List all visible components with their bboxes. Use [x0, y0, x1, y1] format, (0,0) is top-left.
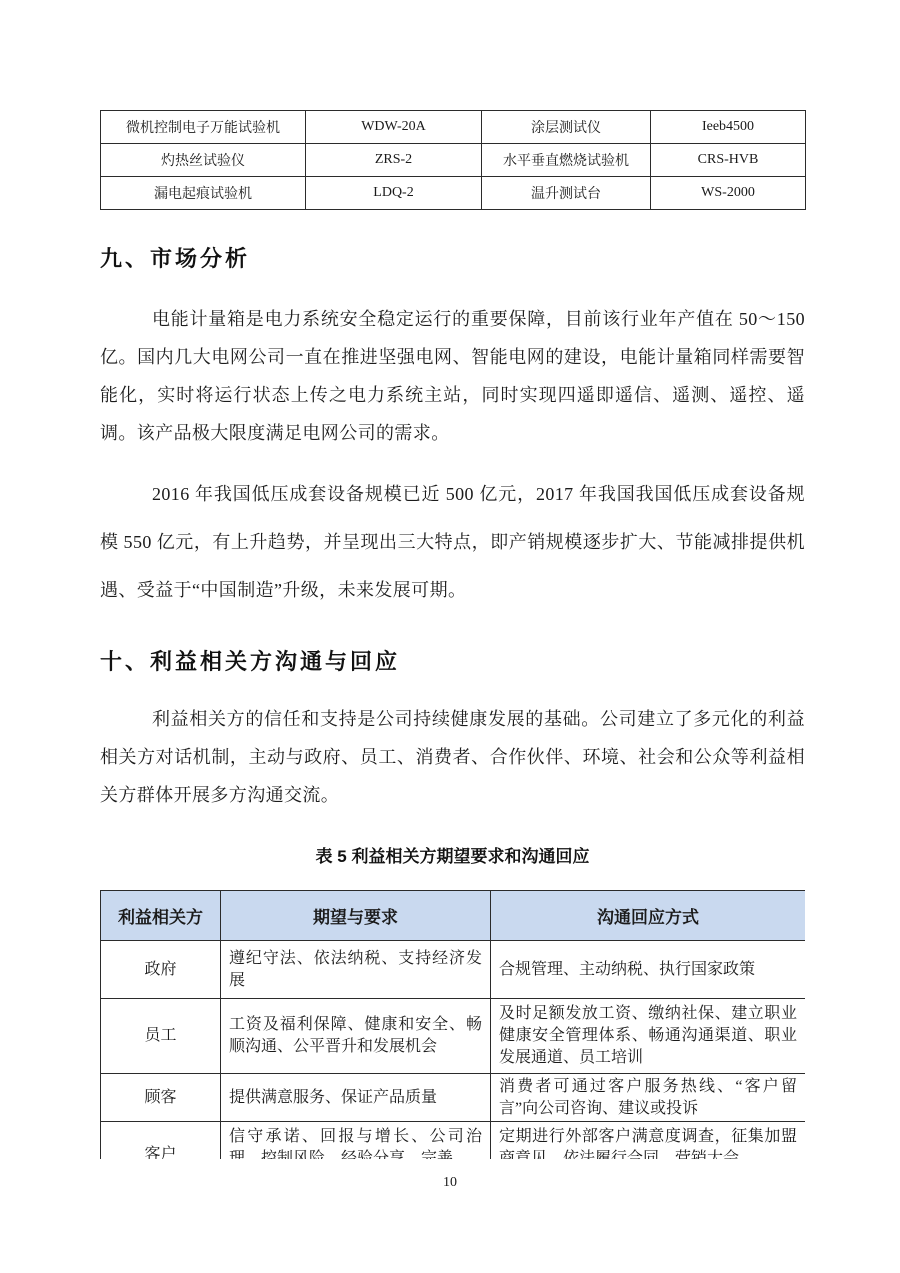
- stakeholder-table: 利益相关方 期望与要求 沟通回应方式 政府 遵纪守法、依法纳税、支持经济发展 合…: [100, 890, 805, 1159]
- section-10-heading: 十、利益相关方沟通与回应: [100, 645, 805, 676]
- response-cell: 合规管理、主动纳税、执行国家政策: [491, 941, 806, 999]
- column-header-expectation: 期望与要求: [221, 891, 491, 941]
- equipment-row: 漏电起痕试验机 LDQ-2 温升测试台 WS-2000: [101, 177, 806, 210]
- market-analysis-paragraph-2: 2016 年我国低压成套设备规模已近 500 亿元，2017 年我国我国低压成套…: [100, 470, 805, 614]
- equipment-model: CRS-HVB: [651, 144, 806, 177]
- column-header-stakeholder: 利益相关方: [101, 891, 221, 941]
- expectation-cell: 遵纪守法、依法纳税、支持经济发展: [221, 941, 491, 999]
- page-number: 10: [0, 1175, 900, 1191]
- equipment-model: ZRS-2: [306, 144, 482, 177]
- equipment-model: WS-2000: [651, 177, 806, 210]
- equipment-name: 温升测试台: [482, 177, 651, 210]
- table-row-government: 政府 遵纪守法、依法纳税、支持经济发展 合规管理、主动纳税、执行国家政策: [101, 941, 806, 999]
- stakeholder-table-clip: 利益相关方 期望与要求 沟通回应方式 政府 遵纪守法、依法纳税、支持经济发展 合…: [100, 890, 805, 1159]
- expectation-cell: 信守承诺、回报与增长、公司治理、控制风险、经验分享、完善: [221, 1122, 491, 1160]
- equipment-row: 微机控制电子万能试验机 WDW-20A 涂层测试仪 Ieeb4500: [101, 111, 806, 144]
- response-cell: 消费者可通过客户服务热线、“客户留言”向公司咨询、建议或投诉: [491, 1074, 806, 1122]
- stakeholder-cell: 客户: [101, 1122, 221, 1160]
- table-row-employees: 员工 工资及福利保障、健康和安全、畅顺沟通、公平晋升和发展机会 及时足额发放工资…: [101, 999, 806, 1074]
- equipment-model: Ieeb4500: [651, 111, 806, 144]
- response-cell: 及时足额发放工资、缴纳社保、建立职业健康安全管理体系、畅通沟通渠道、职业发展通道…: [491, 999, 806, 1074]
- column-header-response: 沟通回应方式: [491, 891, 806, 941]
- equipment-name: 漏电起痕试验机: [101, 177, 306, 210]
- section-9-heading: 九、市场分析: [100, 242, 805, 273]
- expectation-cell: 工资及福利保障、健康和安全、畅顺沟通、公平晋升和发展机会: [221, 999, 491, 1074]
- table-row-customers: 客户 信守承诺、回报与增长、公司治理、控制风险、经验分享、完善 定期进行外部客户…: [101, 1122, 806, 1160]
- stakeholder-table-header-row: 利益相关方 期望与要求 沟通回应方式: [101, 891, 806, 941]
- equipment-model: LDQ-2: [306, 177, 482, 210]
- table-row-consumers: 顾客 提供满意服务、保证产品质量 消费者可通过客户服务热线、“客户留言”向公司咨…: [101, 1074, 806, 1122]
- expectation-cell: 提供满意服务、保证产品质量: [221, 1074, 491, 1122]
- stakeholder-cell: 政府: [101, 941, 221, 999]
- response-cell: 定期进行外部客户满意度调查，征集加盟商意见、依法履行合同、营销大会、: [491, 1122, 806, 1160]
- document-page: 微机控制电子万能试验机 WDW-20A 涂层测试仪 Ieeb4500 灼热丝试验…: [0, 0, 900, 1273]
- equipment-model: WDW-20A: [306, 111, 482, 144]
- equipment-row: 灼热丝试验仪 ZRS-2 水平垂直燃烧试验机 CRS-HVB: [101, 144, 806, 177]
- equipment-name: 灼热丝试验仪: [101, 144, 306, 177]
- equipment-name: 微机控制电子万能试验机: [101, 111, 306, 144]
- stakeholder-table-caption: 表 5 利益相关方期望要求和沟通回应: [100, 842, 805, 867]
- equipment-table: 微机控制电子万能试验机 WDW-20A 涂层测试仪 Ieeb4500 灼热丝试验…: [100, 110, 806, 210]
- equipment-name: 涂层测试仪: [482, 111, 651, 144]
- stakeholder-paragraph: 利益相关方的信任和支持是公司持续健康发展的基础。公司建立了多元化的利益相关方对话…: [100, 700, 805, 814]
- market-analysis-paragraph-1: 电能计量箱是电力系统安全稳定运行的重要保障，目前该行业年产值在 50～150 亿…: [100, 300, 805, 452]
- stakeholder-cell: 顾客: [101, 1074, 221, 1122]
- stakeholder-cell: 员工: [101, 999, 221, 1074]
- equipment-name: 水平垂直燃烧试验机: [482, 144, 651, 177]
